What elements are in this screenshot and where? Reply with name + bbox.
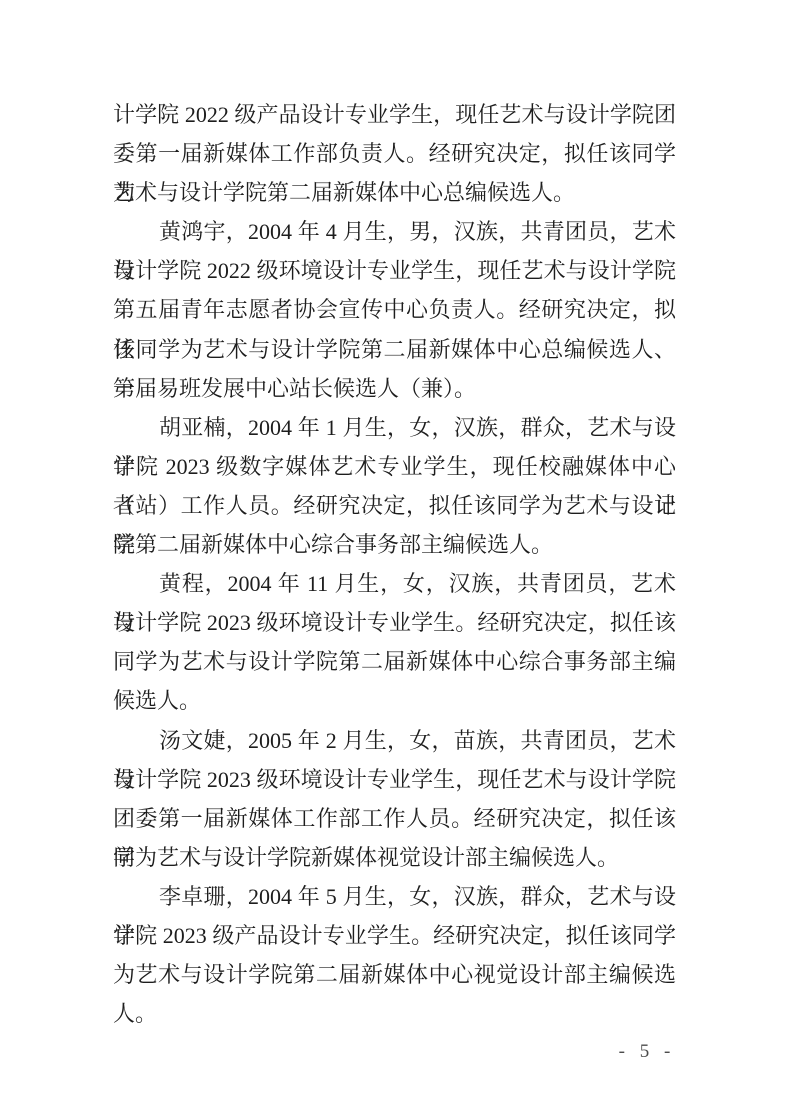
text-line: 委第一届新媒体工作部负责人。经研究决定，拟任该同学为	[113, 134, 676, 173]
text-line: 设计学院 2022 级环境设计专业学生，现任艺术与设计学院	[113, 251, 676, 290]
text-line: 计学院 2022 级产品设计专业学生，现任艺术与设计学院团	[113, 95, 676, 134]
text-line: 者站）工作人员。经研究决定，拟任该同学为艺术与设计学	[113, 486, 676, 525]
text-line: 汤文婕，2005 年 2 月生，女，苗族，共青团员，艺术与	[113, 721, 676, 760]
text-line: 人。	[113, 994, 676, 1033]
text-line: 学院 2023 级数字媒体艺术专业学生，现任校融媒体中心（记	[113, 447, 676, 486]
text-line: 团委第一届新媒体工作部工作人员。经研究决定，拟任该同	[113, 799, 676, 838]
document-body: 计学院 2022 级产品设计专业学生，现任艺术与设计学院团 委第一届新媒体工作部…	[113, 95, 676, 1033]
text-line: 为艺术与设计学院第二届新媒体中心视觉设计部主编候选	[113, 955, 676, 994]
text-line: 设计学院 2023 级环境设计专业学生。经研究决定，拟任该	[113, 603, 676, 642]
text-line: 第五届青年志愿者协会宣传中心负责人。经研究决定，拟任	[113, 290, 676, 329]
text-line: 李卓珊，2004 年 5 月生，女，汉族，群众，艺术与设计	[113, 877, 676, 916]
text-line: 胡亚楠，2004 年 1 月生，女，汉族，群众，艺术与设计	[113, 408, 676, 447]
text-line: 学院 2023 级产品设计专业学生。经研究决定，拟任该同学	[113, 916, 676, 955]
text-line: 黄鸿宇，2004 年 4 月生，男，汉族，共青团员，艺术与	[113, 212, 676, 251]
text-line: 一届易班发展中心站长候选人（兼）。	[113, 369, 676, 408]
text-line: 同学为艺术与设计学院第二届新媒体中心综合事务部主编	[113, 642, 676, 681]
text-line: 学为艺术与设计学院新媒体视觉设计部主编候选人。	[113, 838, 676, 877]
text-line: 该同学为艺术与设计学院第二届新媒体中心总编候选人、第	[113, 330, 676, 369]
text-line: 黄程，2004 年 11 月生，女，汉族，共青团员，艺术与	[113, 564, 676, 603]
text-line: 院第二届新媒体中心综合事务部主编候选人。	[113, 525, 676, 564]
page-number: - 5 -	[603, 1038, 691, 1066]
document-page: 计学院 2022 级产品设计专业学生，现任艺术与设计学院团 委第一届新媒体工作部…	[0, 0, 786, 1118]
text-line: 艺术与设计学院第二届新媒体中心总编候选人。	[113, 173, 676, 212]
text-line: 设计学院 2023 级环境设计专业学生，现任艺术与设计学院	[113, 760, 676, 799]
text-line: 候选人。	[113, 681, 676, 720]
